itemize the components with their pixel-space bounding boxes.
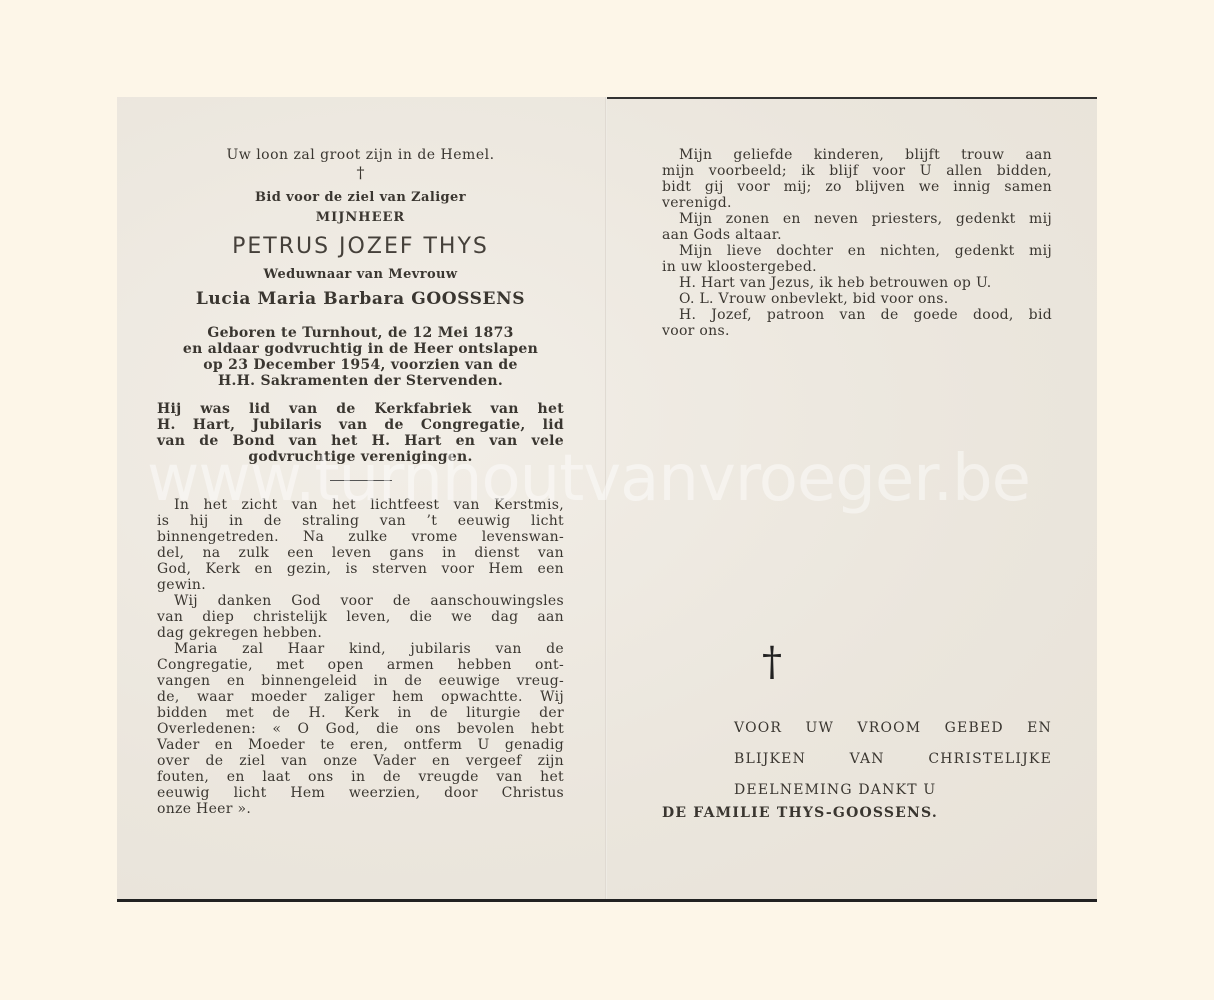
birth-death-line: en aldaar godvruchtig in de Heer ontslap… xyxy=(157,341,564,357)
right-panel: Mijn geliefde kinderen, blijft trouw aan… xyxy=(662,97,1052,899)
text-line: gewin. xyxy=(157,577,564,593)
text-line: In het zicht van het lichtfeest van Kers… xyxy=(157,497,564,513)
text-line: voor ons. xyxy=(662,323,1052,339)
membership-line: H. Hart, Jubilaris van de Congregatie, l… xyxy=(157,417,564,433)
membership-block: Hij was lid van de Kerkfabriek van het H… xyxy=(157,401,564,465)
widower-of: Weduwnaar van Mevrouw xyxy=(157,267,564,282)
text-line: Congregatie, met open armen hebben ont- xyxy=(157,657,564,673)
text-line: H. Hart van Jezus, ik heb betrouwen op U… xyxy=(662,275,1052,291)
memorial-card: Uw loon zal groot zijn in de Hemel. † Bi… xyxy=(117,97,1097,902)
text-line: in uw kloostergebed. xyxy=(662,259,1052,275)
thanks-block: VOOR UW VROOM GEBED EN BLIJKEN VAN CHRIS… xyxy=(734,713,1052,806)
card-fold xyxy=(605,97,607,899)
text-line: van diep christelijk leven, die we dag a… xyxy=(157,609,564,625)
text-line: eeuwig licht Hem weerzien, door Christus xyxy=(157,785,564,801)
birth-death-line: H.H. Sakramenten der Stervenden. xyxy=(157,373,564,389)
text-line: fouten, en laat ons in de vreugde van he… xyxy=(157,769,564,785)
eulogy-text: In het zicht van het lichtfeest van Kers… xyxy=(157,497,564,817)
text-line: del, na zulk een leven gans in dienst va… xyxy=(157,545,564,561)
membership-line: godvruchtige verenigingen. xyxy=(157,449,564,465)
birth-death-line: Geboren te Turnhout, de 12 Mei 1873 xyxy=(157,325,564,341)
text-line: Mijn lieve dochter en nichten, gedenkt m… xyxy=(662,243,1052,259)
membership-line: Hij was lid van de Kerkfabriek van het xyxy=(157,401,564,417)
text-line: bidden met de H. Kerk in de liturgie der xyxy=(157,705,564,721)
text-line: mijn voorbeeld; ik blijf voor U allen bi… xyxy=(662,163,1052,179)
birth-death-block: Geboren te Turnhout, de 12 Mei 1873 en a… xyxy=(157,325,564,389)
left-panel: Uw loon zal groot zijn in de Hemel. † Bi… xyxy=(157,97,564,899)
text-line: verenigd. xyxy=(662,195,1052,211)
text-line: de, waar moeder zaliger hem opwachtte. W… xyxy=(157,689,564,705)
text-line: God, Kerk en gezin, is sterven voor Hem … xyxy=(157,561,564,577)
prayer-request: Bid voor de ziel van Zaliger xyxy=(157,190,564,205)
membership-line: van de Bond van het H. Hart en van vele xyxy=(157,433,564,449)
deceased-name: PETRUS JOZEF THYS xyxy=(157,234,564,259)
text-line: dag gekregen hebben. xyxy=(157,625,564,641)
text-line: Mijn zonen en neven priesters, gedenkt m… xyxy=(662,211,1052,227)
thanks-line: DEELNEMING DANKT U xyxy=(734,775,1052,806)
motto: Uw loon zal groot zijn in de Hemel. xyxy=(157,147,564,163)
testament-text: Mijn geliefde kinderen, blijft trouw aan… xyxy=(662,147,1052,339)
text-line: Maria zal Haar kind, jubilaris van de xyxy=(157,641,564,657)
spouse-name: Lucia Maria Barbara GOOSSENS xyxy=(157,289,564,309)
honorific: MIJNHEER xyxy=(157,210,564,225)
text-line: vangen en binnengeleid in de eeuwige vre… xyxy=(157,673,564,689)
divider xyxy=(330,480,392,481)
thanks-line: VOOR UW VROOM GEBED EN xyxy=(734,713,1052,744)
text-line: onze Heer ». xyxy=(157,801,564,817)
text-line: is hij in de straling van ’t eeuwig lich… xyxy=(157,513,564,529)
text-line: binnengetreden. Na zulke vrome levenswan… xyxy=(157,529,564,545)
text-line: O. L. Vrouw onbevlekt, bid voor ons. xyxy=(662,291,1052,307)
text-line: over de ziel van onze Vader en vergeef z… xyxy=(157,753,564,769)
text-line: Mijn geliefde kinderen, blijft trouw aan xyxy=(662,147,1052,163)
family-signature: DE FAMILIE THYS-GOOSSENS. xyxy=(662,805,938,821)
text-line: H. Jozef, patroon van de goede dood, bid xyxy=(662,307,1052,323)
text-line: Wij danken God voor de aanschouwingsles xyxy=(157,593,564,609)
text-line: aan Gods altaar. xyxy=(662,227,1052,243)
cross-icon: † xyxy=(762,642,782,682)
text-line: bidt gij voor mij; zo blijven we innig s… xyxy=(662,179,1052,195)
birth-death-line: op 23 December 1954, voorzien van de xyxy=(157,357,564,373)
cross-icon: † xyxy=(157,163,564,182)
thanks-line: BLIJKEN VAN CHRISTELIJKE xyxy=(734,744,1052,775)
text-line: Vader en Moeder te eren, ontferm U genad… xyxy=(157,737,564,753)
text-line: Overledenen: « O God, die ons bevolen he… xyxy=(157,721,564,737)
